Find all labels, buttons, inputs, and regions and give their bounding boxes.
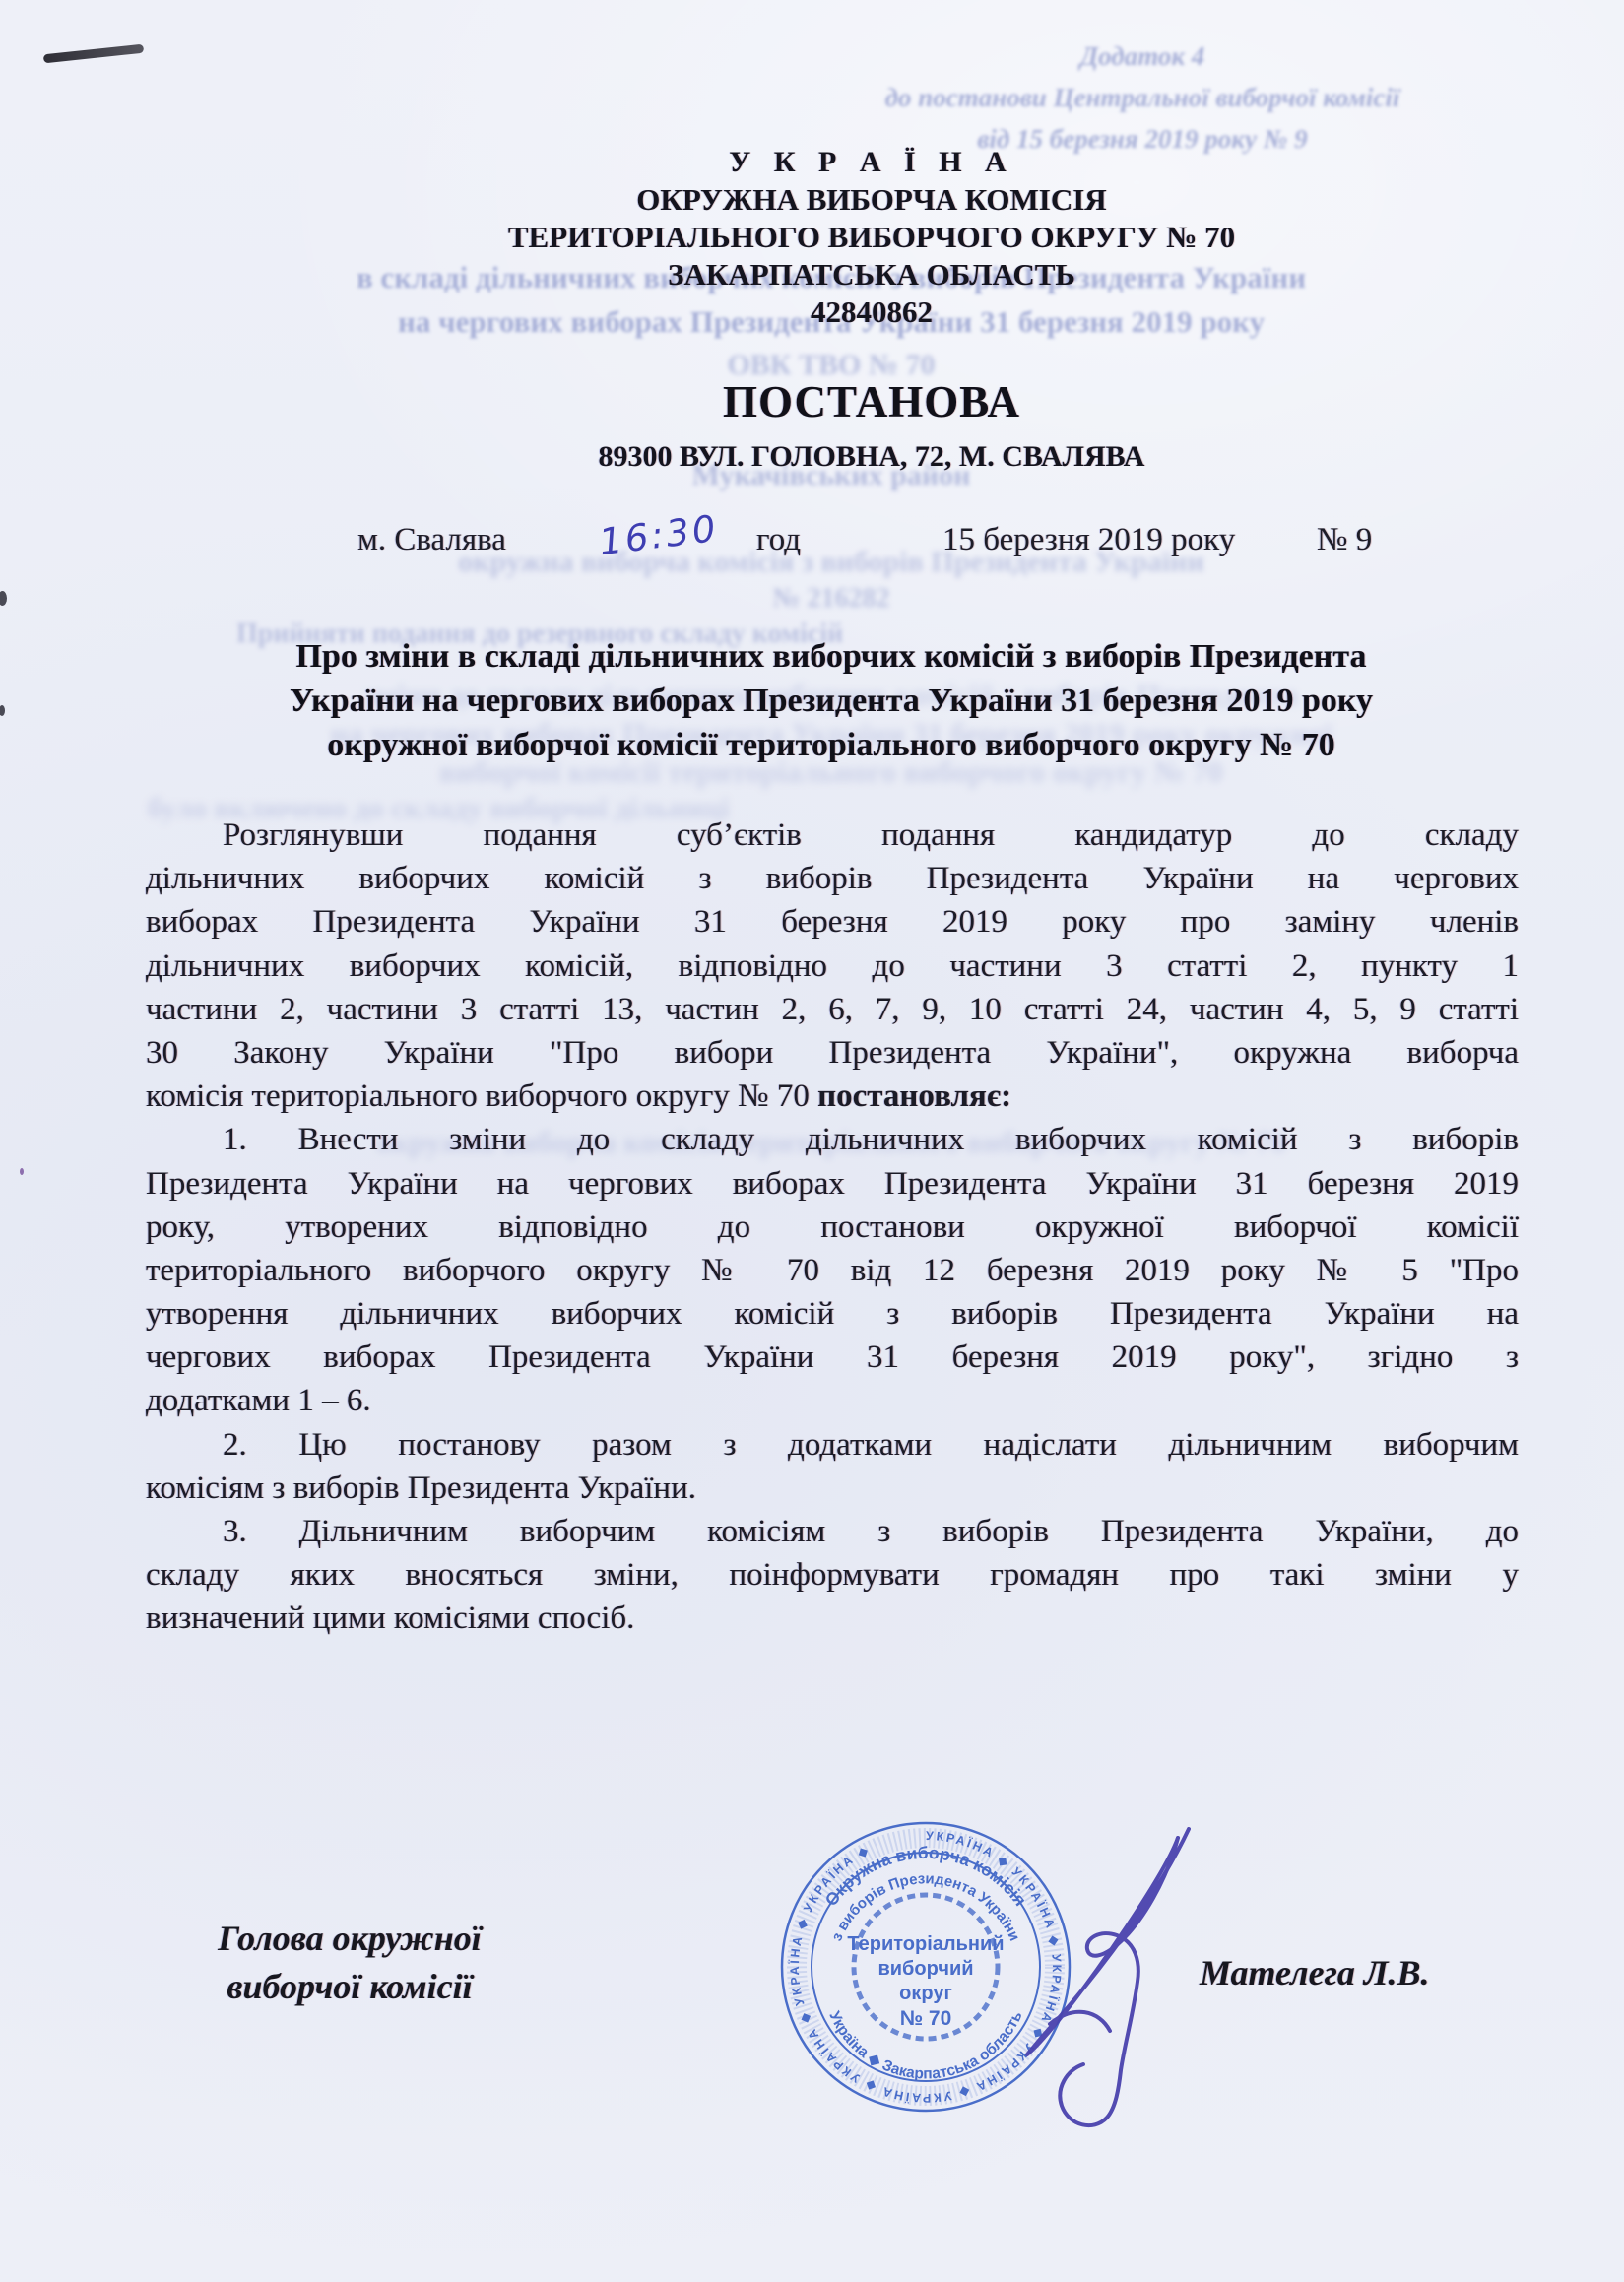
letterhead-commission: ОКРУЖНА ВИБОРЧА КОМІСІЯ xyxy=(138,181,1605,219)
document-number: № 9 xyxy=(1317,522,1372,558)
dateline-place: м. Свалява xyxy=(357,522,506,558)
scan-speck xyxy=(20,1168,24,1175)
body-line: чергових виборах Президента України 31 б… xyxy=(146,1336,1519,1379)
stamp-center-text: Територіальний xyxy=(847,1933,1004,1955)
body-line: 2. Цю постанову разом з додатками надісл… xyxy=(146,1423,1519,1467)
body-line-text: комісія територіального виборчого округу… xyxy=(146,1078,817,1114)
bleedthrough-annex-note: Додаток 4 до постанови Центральної вибор… xyxy=(817,35,1467,160)
scan-speck xyxy=(0,591,7,606)
dateline: м. Свалява 16:30 год 15 березня 2019 рок… xyxy=(0,520,1624,569)
body-line: частини 2, частини 3 статті 13, частин 2… xyxy=(146,988,1519,1031)
round-seal-stamp: УКРАЇНА ◆ УКРАЇНА ◆ УКРАЇНА ◆ УКРАЇНА ◆ … xyxy=(778,1819,1073,2115)
body-line: утворення дільничних виборчих комісій з … xyxy=(146,1292,1519,1336)
body-line: Розглянувши подання суб’єктів подання ка… xyxy=(146,814,1519,857)
body-line: виборах Президента України 31 березня 20… xyxy=(146,900,1519,944)
body-line: 30 Закону України "Про вибори Президента… xyxy=(146,1031,1519,1075)
resolution-title-line: України на чергових виборах Президента У… xyxy=(146,679,1517,723)
dateline-date: 15 березня 2019 року xyxy=(942,522,1235,558)
body-line: Президента України на чергових виборах П… xyxy=(146,1162,1519,1206)
bleedthrough-line: № 216282 xyxy=(126,583,1536,615)
stamp-center-text: № 70 xyxy=(900,2007,952,2030)
signatory-name: Мателега Л.В. xyxy=(1200,1952,1430,1993)
body-line: дільничних виборчих комісій, відповідно … xyxy=(146,945,1519,988)
scan-speck xyxy=(0,705,5,716)
body-line: року, утворених відповідно до постанови … xyxy=(146,1206,1519,1249)
body-line: дільничних виборчих комісій з виборів Пр… xyxy=(146,857,1519,900)
letterhead: У К Р А Ї Н А ОКРУЖНА ВИБОРЧА КОМІСІЯ ТЕ… xyxy=(138,144,1605,331)
dateline-time-unit: год xyxy=(756,522,801,558)
resolution-title-line: Про зміни в складі дільничних виборчих к… xyxy=(146,634,1517,679)
body-line: 3. Дільничним виборчим комісіям з виборі… xyxy=(146,1510,1519,1553)
letterhead-district: ТЕРИТОРІАЛЬНОГО ВИБОРЧОГО ОКРУГУ № 70 xyxy=(138,219,1605,256)
letterhead-edrpou-code: 42840862 xyxy=(138,293,1605,331)
staple-mark xyxy=(43,44,144,64)
scanned-document-page: Додаток 4 до постанови Центральної вибор… xyxy=(0,0,1624,2282)
resolution-body: Розглянувши подання суб’єктів подання ка… xyxy=(146,814,1519,1641)
letterhead-country: У К Р А Ї Н А xyxy=(138,144,1605,181)
document-address: 89300 ВУЛ. ГОЛОВНА, 72, М. СВАЛЯВА xyxy=(138,440,1605,474)
body-line: 1. Внести зміни до складу дільничних виб… xyxy=(146,1118,1519,1161)
resolution-title: Про зміни в складі дільничних виборчих к… xyxy=(146,634,1517,767)
document-type-heading: ПОСТАНОВА xyxy=(138,376,1605,427)
letterhead-region: ЗАКАРПАТСЬКА ОБЛАСТЬ xyxy=(138,256,1605,293)
signatory-role-line: виборчої комісії xyxy=(148,1963,552,2011)
stamp-center-text: округ xyxy=(899,1983,952,2004)
body-line: комісіям з виборів Президента України. xyxy=(146,1467,1519,1510)
bleedthrough-annex-line: до постанови Центральної виборчої комісі… xyxy=(817,77,1467,118)
body-line: територіального виборчого округу № 70 ві… xyxy=(146,1249,1519,1292)
body-line: складу яких вносяться зміни, поінформува… xyxy=(146,1553,1519,1597)
signatory-role: Голова окружної виборчої комісії xyxy=(148,1915,552,2011)
body-line: комісія територіального виборчого округу… xyxy=(146,1075,1519,1118)
signatory-role-line: Голова окружної xyxy=(148,1915,552,1963)
body-line: додатками 1 – 6. xyxy=(146,1379,1519,1422)
stamp-center-text: виборчий xyxy=(877,1958,973,1980)
bleedthrough-annex-line: Додаток 4 xyxy=(817,35,1467,77)
body-line: визначений цими комісіями спосіб. xyxy=(146,1597,1519,1640)
handwritten-time: 16:30 xyxy=(597,507,721,564)
resolution-title-line: окружної виборчої комісії територіальног… xyxy=(146,723,1517,767)
body-line-bold-text: постановляє: xyxy=(817,1078,1011,1114)
